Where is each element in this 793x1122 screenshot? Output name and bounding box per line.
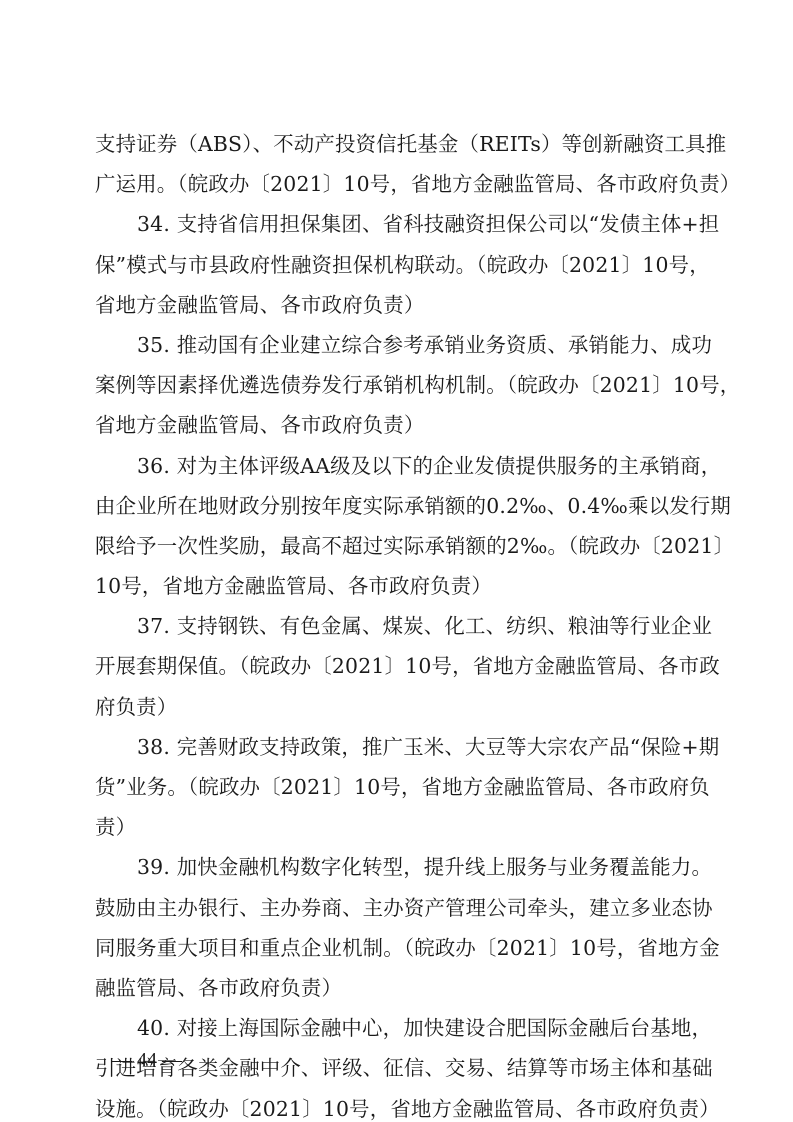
text-line: 开展套期保值。（皖政办〔2021〕10号，省地方金融监管局、各市政 [95, 646, 701, 686]
text-line: 货”业务。（皖政办〔2021〕10号，省地方金融监管局、各市政府负 [95, 767, 701, 807]
text-line: 责） [95, 807, 701, 847]
text-line: 设施。（皖政办〔2021〕10号，省地方金融监管局、各市政府负责） [95, 1089, 701, 1122]
text-line: 引进培育各类金融中介、评级、征信、交易、结算等市场主体和基础 [95, 1048, 701, 1088]
text-line: 40. 对接上海国际金融中心，加快建设合肥国际金融后台基地， [95, 1008, 701, 1048]
paragraph-p39: 39. 加快金融机构数字化转型，提升线上服务与业务覆盖能力。鼓励由主办银行、主办… [95, 847, 701, 1008]
paragraph-p40: 40. 对接上海国际金融中心，加快建设合肥国际金融后台基地，引进培育各类金融中介… [95, 1008, 701, 1122]
text-line: 37. 支持钢铁、有色金属、煤炭、化工、纺织、粮油等行业企业 [95, 606, 701, 646]
text-line: 39. 加快金融机构数字化转型，提升线上服务与业务覆盖能力。 [95, 847, 701, 887]
text-line: 广运用。（皖政办〔2021〕10号，省地方金融监管局、各市政府负责） [95, 164, 701, 204]
paragraph-p33-continued: 支持证券（ABS）、不动产投资信托基金（REITs）等创新融资工具推广运用。（皖… [95, 124, 701, 204]
text-line: 限给予一次性奖励，最高不超过实际承销额的2‰。（皖政办〔2021〕 [95, 526, 701, 566]
text-line: 省地方金融监管局、各市政府负责） [95, 285, 701, 325]
paragraph-p37: 37. 支持钢铁、有色金属、煤炭、化工、纺织、粮油等行业企业开展套期保值。（皖政… [95, 606, 701, 727]
text-line: 10号，省地方金融监管局、各市政府负责） [95, 566, 701, 606]
text-line: 案例等因素择优遴选债券发行承销机构机制。（皖政办〔2021〕10号， [95, 365, 701, 405]
text-line: 府负责） [95, 687, 701, 727]
text-line: 由企业所在地财政分别按年度实际承销额的0.2‰、0.4‰乘以发行期 [95, 486, 701, 526]
text-line: 支持证券（ABS）、不动产投资信托基金（REITs）等创新融资工具推 [95, 124, 701, 164]
text-line: 融监管局、各市政府负责） [95, 968, 701, 1008]
text-line: 35. 推动国有企业建立综合参考承销业务资质、承销能力、成功 [95, 325, 701, 365]
page-number: — 44 — [112, 1046, 182, 1074]
paragraph-p34: 34. 支持省信用担保集团、省科技融资担保公司以“发债主体+担保”模式与市县政府… [95, 204, 701, 325]
document-body: 支持证券（ABS）、不动产投资信托基金（REITs）等创新融资工具推广运用。（皖… [95, 124, 701, 1122]
text-line: 鼓励由主办银行、主办券商、主办资产管理公司牵头，建立多业态协 [95, 888, 701, 928]
paragraph-p38: 38. 完善财政支持政策，推广玉米、大豆等大宗农产品“保险+期货”业务。（皖政办… [95, 727, 701, 848]
text-line: 保”模式与市县政府性融资担保机构联动。（皖政办〔2021〕10号， [95, 245, 701, 285]
paragraph-p35: 35. 推动国有企业建立综合参考承销业务资质、承销能力、成功案例等因素择优遴选债… [95, 325, 701, 446]
text-line: 38. 完善财政支持政策，推广玉米、大豆等大宗农产品“保险+期 [95, 727, 701, 767]
text-line: 34. 支持省信用担保集团、省科技融资担保公司以“发债主体+担 [95, 204, 701, 244]
text-line: 省地方金融监管局、各市政府负责） [95, 405, 701, 445]
paragraph-p36: 36. 对为主体评级AA级及以下的企业发债提供服务的主承销商，由企业所在地财政分… [95, 446, 701, 607]
text-line: 同服务重大项目和重点企业机制。（皖政办〔2021〕10号，省地方金 [95, 928, 701, 968]
text-line: 36. 对为主体评级AA级及以下的企业发债提供服务的主承销商， [95, 446, 701, 486]
